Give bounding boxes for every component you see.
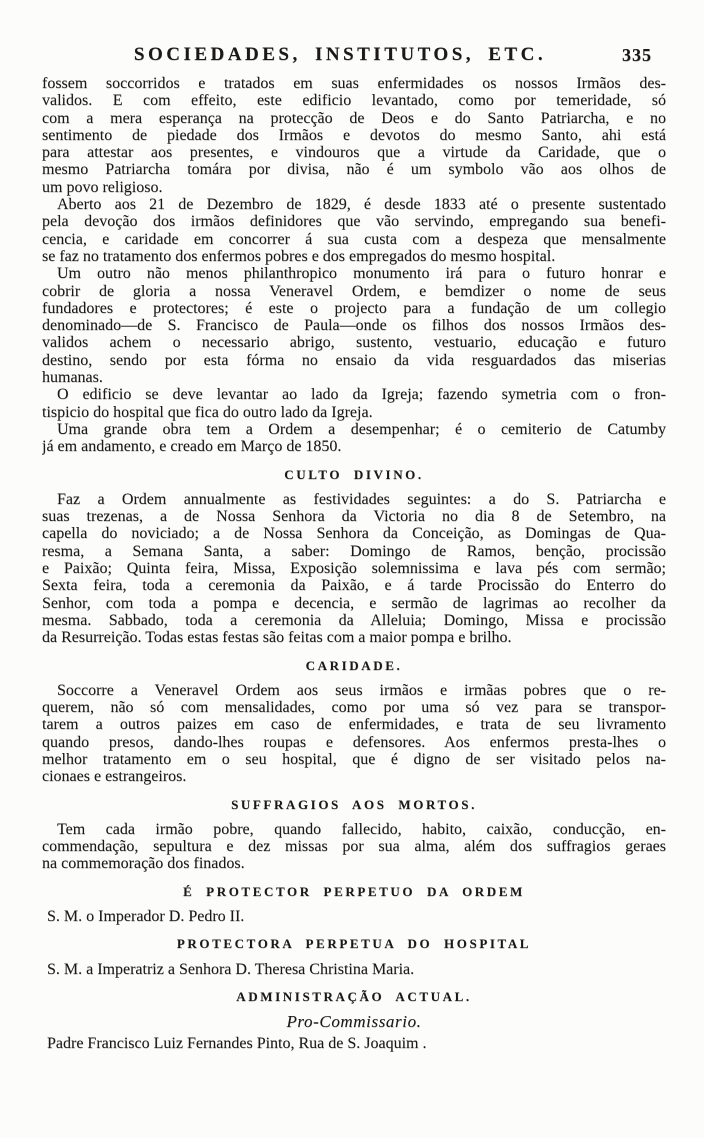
paragraph-line: mesma. Sabbado, toda a ceremonia da Alle… — [42, 612, 666, 629]
body-paragraph: Soccorre a Veneravel Ordem aos seus irmã… — [42, 682, 666, 786]
paragraph-line: querem, não só com mensalidades, como po… — [42, 699, 666, 716]
paragraph-line: fossem soccorridos e tratados em suas en… — [42, 75, 666, 92]
paragraph-line: Tem cada irmão pobre, quando fallecido, … — [42, 821, 666, 838]
paragraph-line: tarem a outros paizes em caso de enfermi… — [42, 716, 666, 733]
body-paragraph: fossem soccorridos e tratados em suas en… — [42, 75, 666, 196]
section-heading: ADMINISTRAÇÃO ACTUAL. — [42, 988, 666, 1005]
section-heading: CULTO DIVINO. — [42, 466, 666, 483]
paragraph-line: Sexta feira, toda a ceremonia da Paixão,… — [42, 577, 666, 594]
paragraph-line: O edificio se deve levantar ao lado da I… — [42, 386, 666, 403]
paragraph-line: cionaes e estrangeiros. — [42, 768, 666, 785]
paragraph-line: tispicio do hospital que fica do outro l… — [42, 404, 666, 421]
paragraph-line: Soccorre a Veneravel Ordem aos seus irmã… — [42, 682, 666, 699]
paragraph-line: e Paixão; Quinta feira, Missa, Exposição… — [42, 560, 666, 577]
paragraph-line: validos achem o necessario abrigo, suste… — [42, 334, 666, 351]
paragraph-line: resma, a Semana Santa, a saber: Domingo … — [42, 543, 666, 560]
body-paragraph: O edificio se deve levantar ao lado da I… — [42, 386, 666, 421]
paragraph-line: Um outro não menos philanthropico monume… — [42, 265, 666, 282]
paragraph-line: cencia, e caridade em concorrer á sua cu… — [42, 231, 666, 248]
paragraph-line: na commemoração dos finados. — [42, 855, 666, 872]
paragraph-line: para attestar aos presentes, e vindouros… — [42, 144, 666, 161]
paragraph-line: mesmo Patriarcha tomára por divisa, não … — [42, 161, 666, 178]
section-heading: SUFFRAGIOS AOS MORTOS. — [42, 796, 666, 813]
paragraph-line: sentimento de piedade dos Irmãos e devot… — [42, 127, 666, 144]
scanned-book-page: SOCIEDADES, INSTITUTOS, ETC. 335 fossem … — [0, 0, 704, 1138]
paragraph-line: Uma grande obra tem a Ordem a desempenha… — [42, 421, 666, 438]
paragraph-line: suas trezenas, a de Nossa Senhora da Vic… — [42, 508, 666, 525]
page-body: fossem soccorridos e tratados em suas en… — [42, 75, 666, 1052]
body-paragraph: Faz a Ordem annualmente as festividades … — [42, 491, 666, 647]
body-paragraph: Um outro não menos philanthropico monume… — [42, 265, 666, 386]
running-head: SOCIEDADES, INSTITUTOS, ETC. 335 — [42, 44, 666, 66]
paragraph-line: melhor tratamento em o seu hospital, que… — [42, 751, 666, 768]
text-line: S. M. o Imperador D. Pedro II. — [42, 908, 666, 925]
section-heading: É PROTECTOR PERPETUO DA ORDEM — [42, 883, 666, 900]
paragraph-line: com a mera esperança na protecção de Deo… — [42, 110, 666, 127]
paragraph-line: pela devoção dos irmãos definidores que … — [42, 213, 666, 230]
body-paragraph: Uma grande obra tem a Ordem a desempenha… — [42, 421, 666, 456]
paragraph-line: da Resurreição. Todas estas festas são f… — [42, 629, 666, 646]
paragraph-line: quando presos, dando-lhes roupas e defen… — [42, 734, 666, 751]
paragraph-line: commendação, sepultura e dez missas por … — [42, 838, 666, 855]
section-heading: PROTECTORA PERPETUA DO HOSPITAL — [42, 935, 666, 952]
text-line: Padre Francisco Luiz Fernandes Pinto, Ru… — [42, 1035, 666, 1052]
paragraph-line: Aberto aos 21 de Dezembro de 1829, é des… — [42, 196, 666, 213]
section-heading: CARIDADE. — [42, 657, 666, 674]
paragraph-line: destino, sendo por esta fórma no ensaio … — [42, 352, 666, 369]
paragraph-line: validos. E com effeito, este edificio le… — [42, 92, 666, 109]
paragraph-line: um povo religioso. — [42, 179, 666, 196]
text-line: S. M. a Imperatriz a Senhora D. Theresa … — [42, 961, 666, 978]
paragraph-line: já em andamento, e creado em Março de 18… — [42, 438, 666, 455]
paragraph-line: Faz a Ordem annualmente as festividades … — [42, 491, 666, 508]
paragraph-line: Senhor, com toda a pompa e decencia, e s… — [42, 595, 666, 612]
paragraph-line: cobrir de gloria a nossa Veneravel Ordem… — [42, 283, 666, 300]
body-paragraph: Tem cada irmão pobre, quando fallecido, … — [42, 821, 666, 873]
page-title: SOCIEDADES, INSTITUTOS, ETC. — [134, 44, 546, 66]
italic-subheading: Pro-Commissario. — [42, 1013, 666, 1030]
paragraph-line: denominado—de S. Francisco de Paula—onde… — [42, 317, 666, 334]
body-paragraph: Aberto aos 21 de Dezembro de 1829, é des… — [42, 196, 666, 265]
paragraph-line: se faz no tratamento dos enfermos pobres… — [42, 248, 666, 265]
paragraph-line: capella do noviciado; a de Nossa Senhora… — [42, 525, 666, 542]
paragraph-line: humanas. — [42, 369, 666, 386]
page-number: 335 — [622, 45, 652, 66]
paragraph-line: fundadores e protectores; é este o proje… — [42, 300, 666, 317]
